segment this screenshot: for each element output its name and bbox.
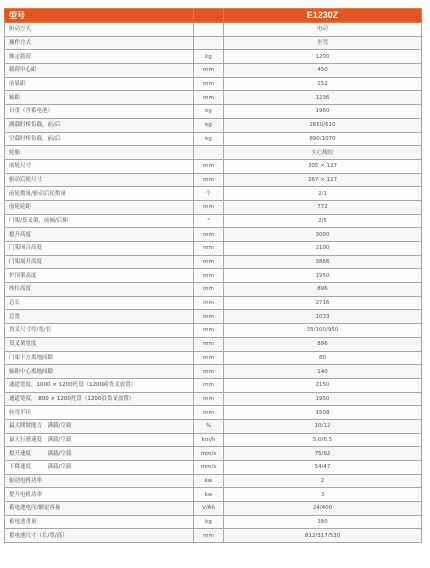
spec-name: 提升速度 满载/空载 (5, 447, 194, 461)
table-row: 门架展开高度mm3866 (5, 255, 422, 269)
spec-value: 1950 (224, 392, 422, 406)
spec-value: 2716 (224, 296, 422, 310)
spec-unit: % (194, 419, 224, 433)
table-row: 货叉架宽度mm896 (5, 337, 422, 351)
table-row: 蓄电池电压/额定容量V/Ah24/400 (5, 502, 422, 516)
table-row: 通道宽度， 800 × 1200托盘（1200沿货叉放置）mm1950 (5, 392, 422, 406)
spec-value: 1508 (224, 406, 422, 420)
spec-name: 货叉架宽度 (5, 337, 194, 351)
table-row: 操作方式坐驾 (5, 36, 422, 50)
spec-name: 提升电机功率 (5, 488, 194, 502)
spec-value: 10/12 (224, 419, 422, 433)
table-row: 载荷中心距mm450 (5, 64, 422, 78)
table-row: 总宽mm1033 (5, 310, 422, 324)
spec-value: 3866 (224, 255, 422, 269)
spec-name: 前轮数量/驱动后轮数量 (5, 187, 194, 201)
spec-value: 2/5 (224, 214, 422, 228)
spec-name: 门架/货叉架，前倾/后仰 (5, 214, 194, 228)
spec-value: 2150 (224, 378, 422, 392)
spec-unit: kg (194, 50, 224, 64)
spec-name: 提升高度 (5, 228, 194, 242)
spec-unit (194, 23, 224, 37)
table-row: 驱动方式电动 (5, 23, 422, 37)
table-row: 驱动后轮尺寸mm267 × 127 (5, 173, 422, 187)
spec-value: 772 (224, 200, 422, 214)
spec-value: 75/92 (224, 447, 422, 461)
spec-unit: mm (194, 77, 224, 91)
spec-unit: mm (194, 406, 224, 420)
spec-name: 下降速度 满载/空载 (5, 461, 194, 475)
spec-name: 额定载荷 (5, 50, 194, 64)
spec-name: 驱动电机功率 (5, 474, 194, 488)
spec-unit: mm (194, 365, 224, 379)
spec-unit: mm/s (194, 461, 224, 475)
spec-unit: mm (194, 255, 224, 269)
spec-unit: kw (194, 474, 224, 488)
spec-unit: kg (194, 105, 224, 119)
spec-name: 最大爬坡能力 满载/空载 (5, 419, 194, 433)
spec-unit: kg (194, 132, 224, 146)
spec-unit: ° (194, 214, 224, 228)
table-row: 满载时桥负载，前/后kg2650/610 (5, 118, 422, 132)
spec-unit (194, 146, 224, 160)
spec-value: 2650/610 (224, 118, 422, 132)
spec-unit: mm (194, 269, 224, 283)
header-model-label: 型号 (5, 9, 194, 23)
spec-value: 1950 (224, 269, 422, 283)
spec-unit: mm (194, 392, 224, 406)
spec-name: 前轮轮距 (5, 200, 194, 214)
spec-unit: mm (194, 337, 224, 351)
spec-unit: mm (194, 351, 224, 365)
table-row: 护顶架高度mm1950 (5, 269, 422, 283)
table-row: 空载时桥负载，前/后kg890/1070 (5, 132, 422, 146)
spec-name: 门架展开高度 (5, 255, 194, 269)
spec-value: 54/47 (224, 461, 422, 475)
spec-value: 896 (224, 337, 422, 351)
spec-name: 通道宽度， 800 × 1200托盘（1200沿货叉放置） (5, 392, 194, 406)
spec-unit: kg (194, 515, 224, 529)
spec-value: 152 (224, 77, 422, 91)
spec-name: 蓄电池电压/额定容量 (5, 502, 194, 516)
spec-name: 载荷中心距 (5, 64, 194, 78)
spec-name: 蓄电池尺寸（长/宽/高） (5, 529, 194, 543)
table-row: 提升速度 满载/空载mm/s75/92 (5, 447, 422, 461)
table-row: 蓄电池尺寸（长/宽/高）mm812/317/530 (5, 529, 422, 543)
table-row: 通道宽度，1000 × 1200托盘（1200跨货叉放置）mm2150 (5, 378, 422, 392)
spec-value: 24/400 (224, 502, 422, 516)
spec-unit: mm/s (194, 447, 224, 461)
spec-value: 1236 (224, 91, 422, 105)
table-row: 驱动电机功率kw2 (5, 474, 422, 488)
spec-value: 305 × 127 (224, 159, 422, 173)
table-row: 最大行驶速度 满载/空载km/h5.0/6.5 (5, 433, 422, 447)
spec-unit: mm (194, 91, 224, 105)
spec-name: 通道宽度，1000 × 1200托盘（1200跨货叉放置） (5, 378, 194, 392)
spec-unit: mm (194, 242, 224, 256)
table-row: 提升电机功率kw3 (5, 488, 422, 502)
spec-name: 操作方式 (5, 36, 194, 50)
spec-value: 3 (224, 488, 422, 502)
spec-unit: mm (194, 529, 224, 543)
spec-unit: mm (194, 378, 224, 392)
spec-name: 自重（含蓄电池） (5, 105, 194, 119)
spec-table: 型号 E1230Z 驱动方式电动操作方式坐驾额定载荷kg1200载荷中心距mm4… (4, 8, 422, 543)
table-row: 前轮数量/驱动后轮数量个2/1 (5, 187, 422, 201)
spec-unit (194, 36, 224, 50)
table-row: 前轮尺寸mm305 × 127 (5, 159, 422, 173)
spec-value: 5.0/6.5 (224, 433, 422, 447)
spec-name: 驱动后轮尺寸 (5, 173, 194, 187)
spec-name: 蓄电池重量 (5, 515, 194, 529)
spec-unit: mm (194, 324, 224, 338)
spec-name: 转弯半径 (5, 406, 194, 420)
spec-value: 140 (224, 365, 422, 379)
spec-value: 2 (224, 474, 422, 488)
spec-value: 2100 (224, 242, 422, 256)
spec-name: 最大行驶速度 满载/空载 (5, 433, 194, 447)
spec-unit: mm (194, 296, 224, 310)
spec-name: 门架闭合高度 (5, 242, 194, 256)
table-row: 最大爬坡能力 满载/空载%10/12 (5, 419, 422, 433)
table-row: 座位高度mm896 (5, 283, 422, 297)
spec-name: 总长 (5, 296, 194, 310)
spec-unit: mm (194, 310, 224, 324)
spec-value: 3000 (224, 228, 422, 242)
spec-unit: mm (194, 200, 224, 214)
table-row: 门架闭合高度mm2100 (5, 242, 422, 256)
spec-value: 35/100/950 (224, 324, 422, 338)
spec-unit: mm (194, 228, 224, 242)
spec-unit: mm (194, 283, 224, 297)
spec-value: 80 (224, 351, 422, 365)
spec-name: 前悬距 (5, 77, 194, 91)
spec-name: 护顶架高度 (5, 269, 194, 283)
spec-unit: mm (194, 173, 224, 187)
spec-name: 驱动方式 (5, 23, 194, 37)
spec-value: 380 (224, 515, 422, 529)
spec-unit: mm (194, 159, 224, 173)
table-row: 转弯半径mm1508 (5, 406, 422, 420)
spec-name: 轮胎 (5, 146, 194, 160)
table-row: 前悬距mm152 (5, 77, 422, 91)
table-row: 轴距mm1236 (5, 91, 422, 105)
spec-unit: 个 (194, 187, 224, 201)
spec-value: 890/1070 (224, 132, 422, 146)
spec-value: 450 (224, 64, 422, 78)
spec-unit: mm (194, 64, 224, 78)
spec-unit: kg (194, 118, 224, 132)
table-row: 自重（含蓄电池）kg1960 (5, 105, 422, 119)
spec-name: 轴距中心离地间隙 (5, 365, 194, 379)
spec-name: 满载时桥负载，前/后 (5, 118, 194, 132)
spec-value: 896 (224, 283, 422, 297)
table-row: 提升高度mm3000 (5, 228, 422, 242)
spec-value: 实心橡胶 (224, 146, 422, 160)
table-row: 前轮轮距mm772 (5, 200, 422, 214)
table-row: 下降速度 满载/空载mm/s54/47 (5, 461, 422, 475)
spec-name: 座位高度 (5, 283, 194, 297)
header-model-value: E1230Z (224, 9, 422, 23)
table-row: 门架/货叉架，前倾/后仰°2/5 (5, 214, 422, 228)
spec-value: 267 × 127 (224, 173, 422, 187)
table-row: 蓄电池重量kg380 (5, 515, 422, 529)
spec-unit: V/Ah (194, 502, 224, 516)
spec-unit: kw (194, 488, 224, 502)
table-row: 轴距中心离地间隙mm140 (5, 365, 422, 379)
spec-value: 电动 (224, 23, 422, 37)
spec-value: 1960 (224, 105, 422, 119)
spec-name: 门架下方离地间隙 (5, 351, 194, 365)
spec-name: 总宽 (5, 310, 194, 324)
table-row: 门架下方离地间隙mm80 (5, 351, 422, 365)
table-row: 货叉尺寸厚/宽/长mm35/100/950 (5, 324, 422, 338)
spec-value: 1200 (224, 50, 422, 64)
header-unit (194, 9, 224, 23)
spec-name: 货叉尺寸厚/宽/长 (5, 324, 194, 338)
spec-unit: km/h (194, 433, 224, 447)
spec-value: 2/1 (224, 187, 422, 201)
table-row: 额定载荷kg1200 (5, 50, 422, 64)
spec-value: 812/317/530 (224, 529, 422, 543)
spec-name: 空载时桥负载，前/后 (5, 132, 194, 146)
header-row: 型号 E1230Z (5, 9, 422, 23)
spec-value: 坐驾 (224, 36, 422, 50)
spec-value: 1033 (224, 310, 422, 324)
table-row: 总长mm2716 (5, 296, 422, 310)
spec-name: 轴距 (5, 91, 194, 105)
table-row: 轮胎实心橡胶 (5, 146, 422, 160)
spec-name: 前轮尺寸 (5, 159, 194, 173)
